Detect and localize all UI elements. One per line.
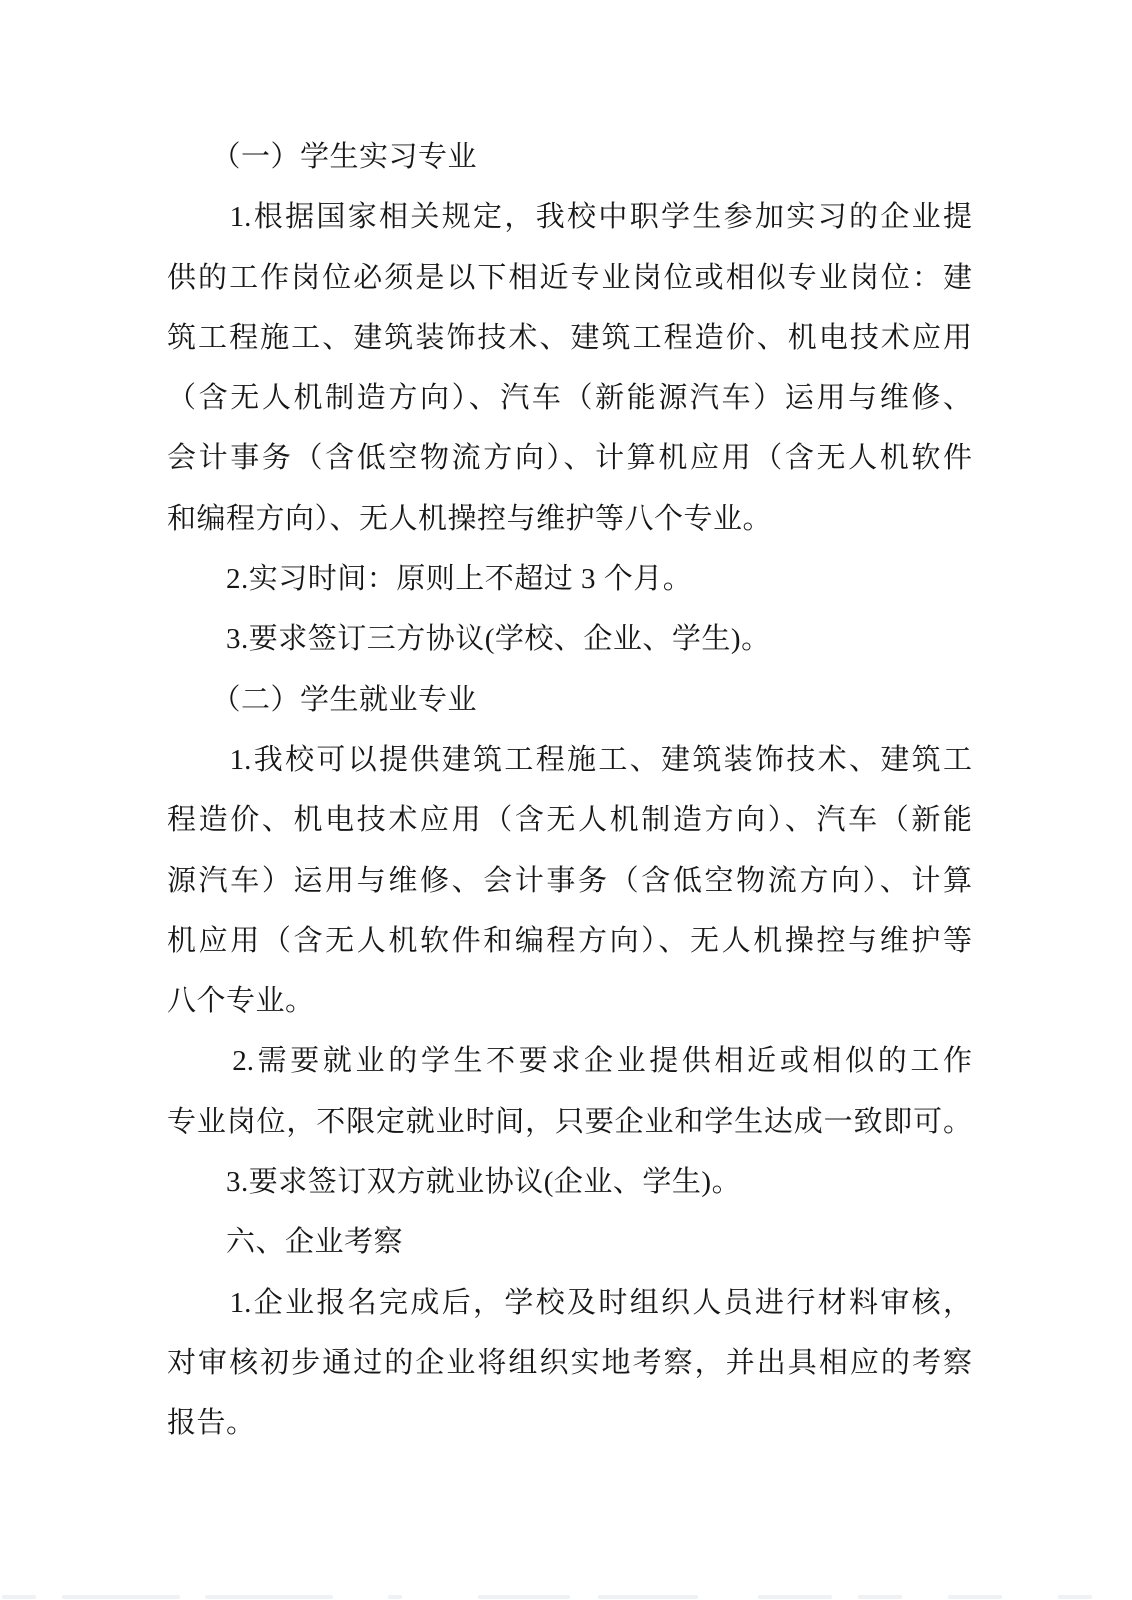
document-page: （一）学生实习专业 1.根据国家相关规定，我校中职学生参加实习的企业提 供的工作…	[0, 0, 1132, 1600]
doc-line: 2.实习时间：原则上不超过 3 个月。	[167, 549, 972, 609]
doc-line: 源汽车）运用与维修、会计事务（含低空物流方向）、计算	[167, 851, 972, 911]
doc-line: 程造价、机电技术应用（含无人机制造方向）、汽车（新能	[167, 790, 972, 850]
doc-line: 1.我校可以提供建筑工程施工、建筑装饰技术、建筑工	[167, 730, 972, 790]
doc-line: 会计事务（含低空物流方向）、计算机应用（含无人机软件	[167, 428, 972, 488]
doc-line: 2.需要就业的学生不要求企业提供相近或相似的工作	[167, 1031, 972, 1091]
doc-line: 对审核初步通过的企业将组织实地考察，并出具相应的考察	[167, 1333, 972, 1393]
doc-line: 1.根据国家相关规定，我校中职学生参加实习的企业提	[167, 187, 972, 247]
doc-line: 3.要求签订双方就业协议(企业、学生)。	[167, 1152, 972, 1212]
doc-line: （一）学生实习专业	[167, 127, 972, 187]
doc-line: 和编程方向）、无人机操控与维护等八个专业。	[167, 489, 972, 549]
doc-line: 筑工程施工、建筑装饰技术、建筑工程造价、机电技术应用	[167, 308, 972, 368]
doc-line: 报告。	[167, 1393, 972, 1453]
doc-line: 3.要求签订三方协议(学校、企业、学生)。	[167, 609, 972, 669]
doc-line: 1.企业报名完成后，学校及时组织人员进行材料审核，	[167, 1273, 972, 1333]
doc-line: 供的工作岗位必须是以下相近专业岗位或相似专业岗位：建	[167, 248, 972, 308]
doc-line: （二）学生就业专业	[167, 670, 972, 730]
doc-line: 专业岗位，不限定就业时间，只要企业和学生达成一致即可。	[167, 1092, 972, 1152]
doc-line: 机应用（含无人机软件和编程方向）、无人机操控与维护等	[167, 911, 972, 971]
scan-artifact	[0, 1592, 1132, 1600]
doc-line: 六、企业考察	[167, 1212, 972, 1272]
document-text-block: （一）学生实习专业 1.根据国家相关规定，我校中职学生参加实习的企业提 供的工作…	[167, 127, 972, 1454]
doc-line: （含无人机制造方向）、汽车（新能源汽车）运用与维修、	[167, 368, 972, 428]
doc-line: 八个专业。	[167, 971, 972, 1031]
